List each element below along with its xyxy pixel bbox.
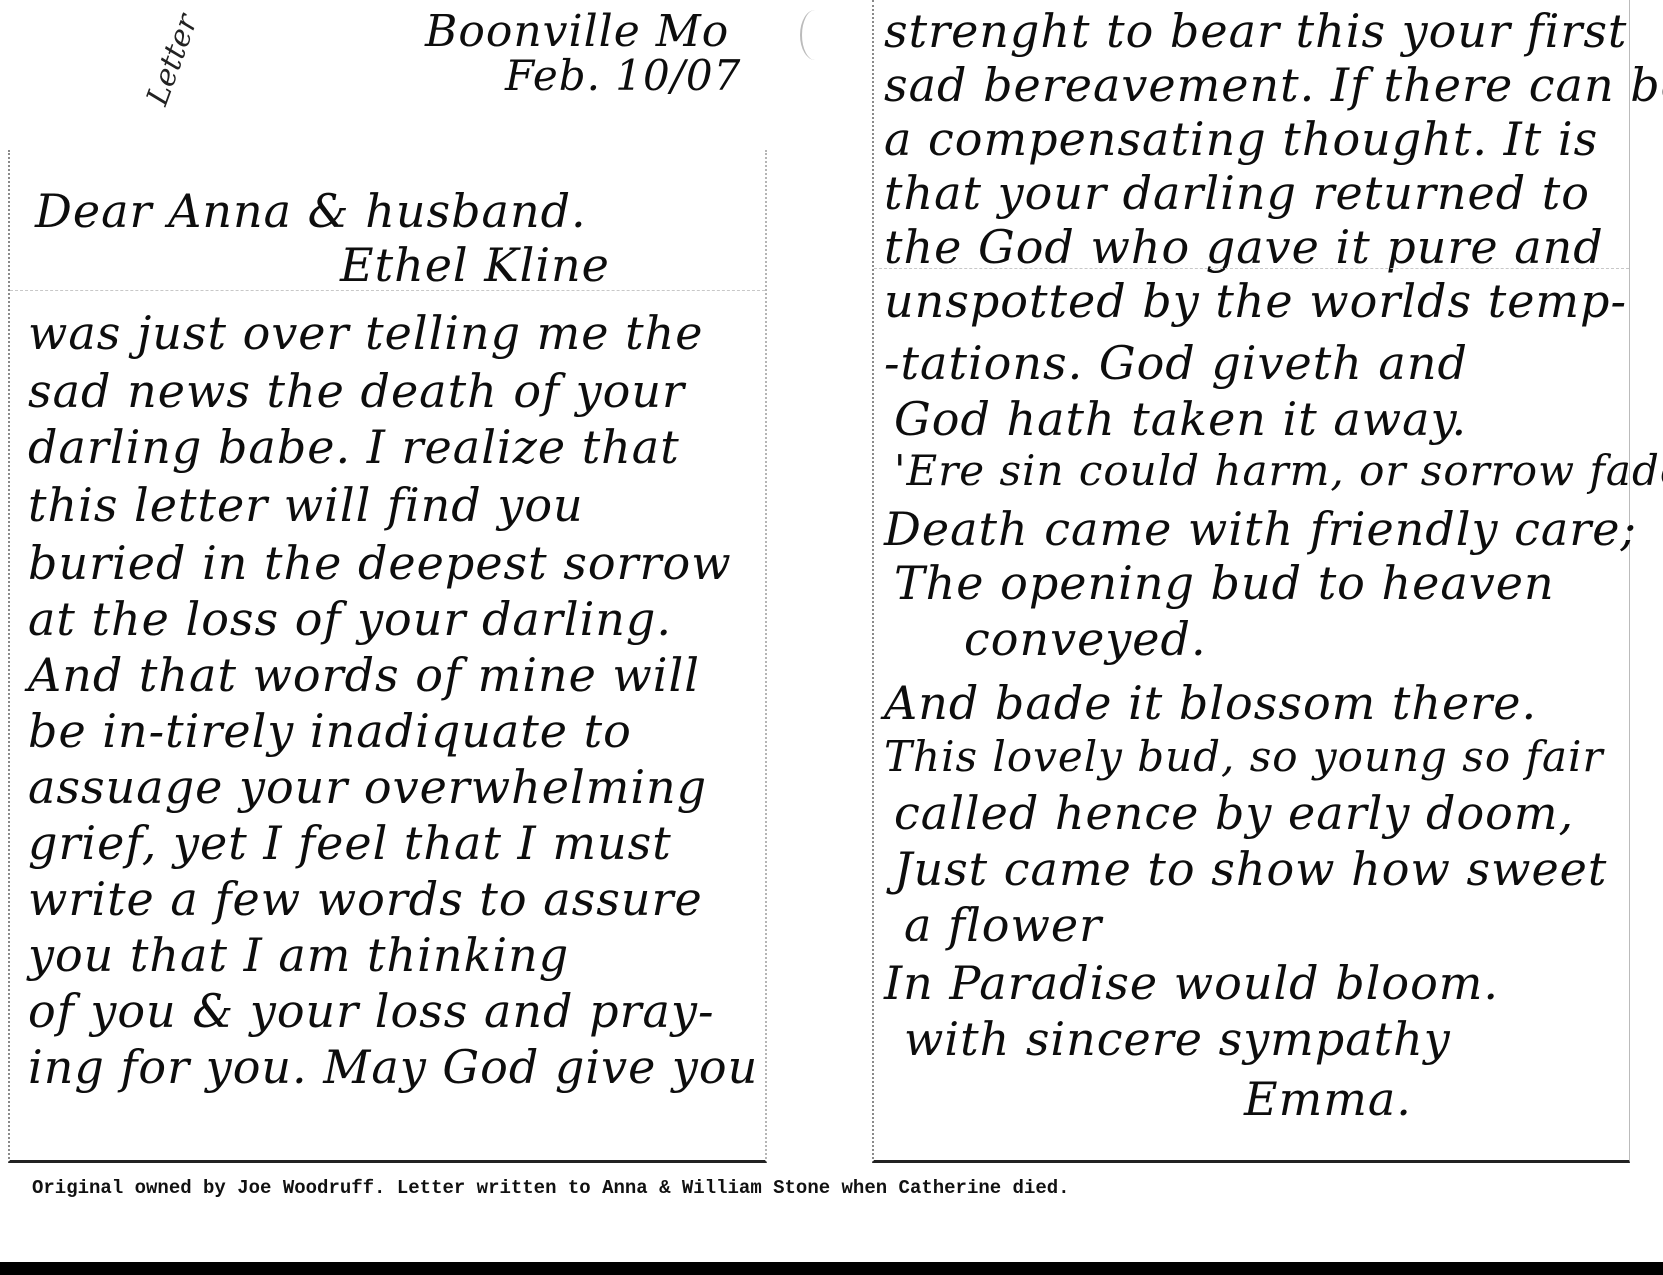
letter-line: The opening bud to heaven bbox=[894, 560, 1555, 606]
letter-line: be in-tirely inadiquate to bbox=[28, 708, 632, 754]
letter-line: darling babe. I realize that bbox=[28, 424, 680, 470]
letter-page-right: strenght to bear this your first sad ber… bbox=[872, 0, 1630, 1163]
letter-line: at the loss of your darling. bbox=[28, 596, 672, 642]
letter-line: And bade it blossom there. bbox=[884, 680, 1537, 726]
letter-line: buried in the deepest sorrow bbox=[28, 540, 732, 586]
letter-line: this letter will find you bbox=[28, 482, 584, 528]
letter-line: And that words of mine will bbox=[28, 652, 700, 698]
letter-line: 'Ere sin could harm, or sorrow fade bbox=[894, 450, 1663, 492]
archive-caption: Original owned by Joe Woodruff. Letter w… bbox=[32, 1177, 1070, 1199]
letter-line: assuage your overwhelming bbox=[28, 764, 707, 810]
letter-line: ing for you. May God give you bbox=[28, 1044, 758, 1090]
letter-line: sad news the death of your bbox=[28, 368, 685, 414]
margin-note: Letter bbox=[140, 10, 205, 110]
letter-line: Death came with friendly care; bbox=[884, 506, 1637, 552]
letter-line: was just over telling me the bbox=[28, 310, 703, 356]
letter-line: you that I am thinking bbox=[28, 932, 569, 978]
letter-line: grief, yet I feel that I must bbox=[28, 820, 672, 866]
letter-line: In Paradise would bloom. bbox=[884, 960, 1499, 1006]
signature: Emma. bbox=[1244, 1076, 1412, 1122]
letter-line: -tations. God giveth and bbox=[884, 340, 1468, 386]
letter-line: write a few words to assure bbox=[28, 876, 703, 922]
letter-line: a flower bbox=[904, 902, 1102, 948]
scan-edge-bar bbox=[0, 1262, 1663, 1275]
letter-line: called hence by early doom, bbox=[894, 790, 1574, 836]
letter-line: that your darling returned to bbox=[884, 170, 1590, 216]
letter-line: of you & your loss and pray- bbox=[28, 988, 715, 1034]
letter-line: strenght to bear this your first bbox=[884, 8, 1627, 54]
letter-line: Ethel Kline bbox=[340, 242, 610, 288]
salutation: Dear Anna & husband. bbox=[35, 188, 587, 234]
letter-place: Boonville Mo bbox=[425, 10, 729, 54]
letter-line: conveyed. bbox=[964, 616, 1207, 662]
letter-line: God hath taken it away. bbox=[894, 396, 1467, 442]
letter-line: with sincere sympathy bbox=[904, 1016, 1451, 1062]
letter-line: sad bereavement. If there can be bbox=[884, 62, 1663, 108]
punch-hole-mark bbox=[800, 10, 830, 60]
letter-line: Just came to show how sweet bbox=[894, 846, 1607, 892]
letter-line: unspotted by the worlds temp- bbox=[884, 278, 1627, 324]
letter-page-left: Dear Anna & husband. Ethel Kline was jus… bbox=[8, 150, 767, 1163]
letter-date: Feb. 10/07 bbox=[505, 55, 741, 97]
letter-line: This lovely bud, so young so fair bbox=[884, 736, 1604, 778]
letter-line: the God who gave it pure and bbox=[884, 224, 1604, 270]
letter-line: a compensating thought. It is bbox=[884, 116, 1598, 162]
